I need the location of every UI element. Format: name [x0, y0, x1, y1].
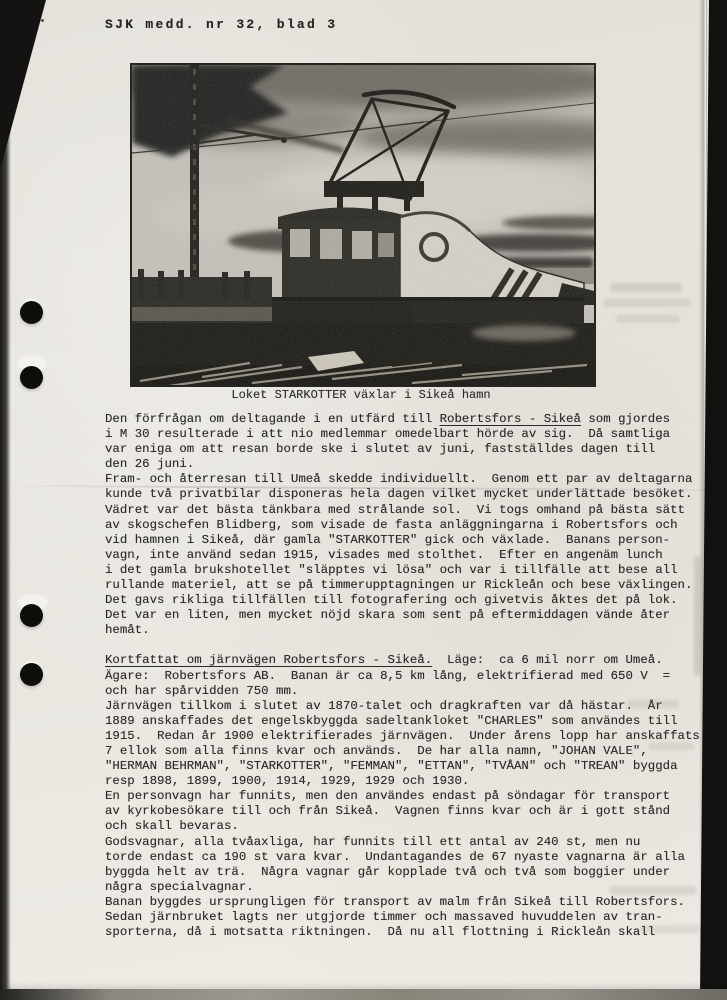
text-line: byggda helt av trä. Några vagnar går kop…: [105, 865, 711, 880]
text-segment: vagn, inte använd sedan 1915, visades me…: [105, 548, 663, 562]
text-line: Det gavs rikliga tillfällen till fotogra…: [105, 593, 711, 608]
underlined-text: Kortfattat om järnvägen Robertsfors - Si…: [105, 653, 432, 667]
punch-hole: [20, 301, 43, 324]
text-segment: byggda helt av trä. Några vagnar går kop…: [105, 865, 670, 879]
text-line: vid hamnen i Sikeå, där gamla "STARKOTTE…: [105, 533, 711, 548]
text-line: resp 1898, 1899, 1900, 1914, 1929, 1929 …: [105, 774, 711, 789]
text-segment: rullande materiel, att se på timmeruppta…: [105, 578, 692, 592]
text-segment: Banan byggdes ursprungligen för transpor…: [105, 895, 685, 909]
text-segment: Godsvagnar, alla tvåaxliga, har funnits …: [105, 835, 640, 849]
text-line: sporterna, då i motsatta riktningen. Då …: [105, 925, 711, 940]
text-segment: Det gavs rikliga tillfällen till fotogra…: [105, 593, 678, 607]
text-segment: sporterna, då i motsatta riktningen. Då …: [105, 925, 655, 939]
text-segment: som gjordes: [581, 412, 670, 426]
text-line: Ägare: Robertsfors AB. Banan är ca 8,5 k…: [105, 669, 711, 684]
bleed-through-mark: [627, 700, 679, 708]
bleed-through-mark: [648, 742, 694, 750]
text-segment: resp 1898, 1899, 1900, 1914, 1929, 1929 …: [105, 774, 469, 788]
text-line: vagn, inte använd sedan 1915, visades me…: [105, 548, 711, 563]
text-segment: i det gamla brukshotellet "släpptes vi l…: [105, 563, 678, 577]
text-line: var eniga om att resan borde ske i slute…: [105, 442, 711, 457]
bleed-through-mark: [640, 925, 700, 933]
text-line: Vädret var det bästa tänkbara med stråla…: [105, 503, 711, 518]
text-segment: i M 30 resulterade i att nio medlemmar o…: [105, 427, 670, 441]
text-line: 1889 anskaffades det engelskbyggda sadel…: [105, 714, 711, 729]
text-line: och har spårvidden 750 mm.: [105, 684, 711, 699]
text-segment: En personvagn har funnits, men den använ…: [105, 789, 670, 803]
body-text: Den förfrågan om deltagande i en utfärd …: [105, 412, 711, 940]
scanned-page: SJK medd. nr 32, blad 3: [0, 0, 727, 1000]
text-segment: torde endast ca 190 st vara kvar. Undant…: [105, 850, 685, 864]
text-segment: var eniga om att resan borde ske i slute…: [105, 442, 655, 456]
text-line: Godsvagnar, alla tvåaxliga, har funnits …: [105, 835, 711, 850]
text-segment: 1889 anskaffades det engelskbyggda sadel…: [105, 714, 678, 728]
photo-frame: [130, 63, 596, 387]
para-kortfattat: Kortfattat om järnvägen Robertsfors - Si…: [105, 653, 711, 940]
photo-caption: Loket STARKOTTER växlar i Sikeå hamn: [130, 388, 592, 402]
text-line: i det gamla brukshotellet "släpptes vi l…: [105, 563, 711, 578]
text-segment: några specialvagnar.: [105, 880, 254, 894]
speck: [41, 19, 44, 22]
text-segment: den 26 juni.: [105, 457, 194, 471]
paper-edge-shadow: [0, 982, 727, 989]
text-line: torde endast ca 190 st vara kvar. Undant…: [105, 850, 711, 865]
text-line: i M 30 resulterade i att nio medlemmar o…: [105, 427, 711, 442]
text-segment: Vädret var det bästa tänkbara med stråla…: [105, 503, 685, 517]
text-line: den 26 juni.: [105, 457, 711, 472]
text-segment: av skogschefen Blidberg, som visade de f…: [105, 518, 678, 532]
text-segment: Ägare: Robertsfors AB. Banan är ca 8,5 k…: [105, 669, 670, 683]
text-segment: och skall bevaras.: [105, 819, 239, 833]
text-segment: Det var en liten, men mycket nöjd skara …: [105, 608, 670, 622]
text-line: 7 ellok som alla finns kvar och används.…: [105, 744, 711, 759]
text-segment: hemåt.: [105, 623, 150, 637]
page-header: SJK medd. nr 32, blad 3: [105, 17, 337, 32]
text-segment: och har spårvidden 750 mm.: [105, 684, 298, 698]
punch-hole: [20, 604, 43, 627]
text-line: En personvagn har funnits, men den använ…: [105, 789, 711, 804]
text-line: Det var en liten, men mycket nöjd skara …: [105, 608, 711, 623]
punch-hole: [20, 366, 43, 389]
text-line: "HERMAN BEHRMAN", "STARKOTTER", "FEMMAN"…: [105, 759, 711, 774]
text-line: av skogschefen Blidberg, som visade de f…: [105, 518, 711, 533]
text-line: och skall bevaras.: [105, 819, 711, 834]
text-segment: Läge: ca 6 mil norr om Umeå.: [432, 653, 663, 667]
bleed-through-mark: [603, 299, 691, 307]
text-segment: 1915. Redan år 1900 elektrifierades järn…: [105, 729, 700, 743]
text-segment: Den förfrågan om deltagande i en utfärd …: [105, 412, 440, 426]
text-segment: Sedan järnbruket lagts ner utgjorde timm…: [105, 910, 663, 924]
text-segment: av kyrkobesökare till och från Sikeå. Va…: [105, 804, 670, 818]
bleed-through-mark: [610, 886, 696, 895]
bleed-through-mark: [616, 315, 680, 323]
text-segment: Järnvägen tillkom i slutet av 1870-talet…: [105, 699, 663, 713]
scan-edge-bottom: [0, 989, 727, 1000]
para-resan: Fram- och återresan till Umeå skedde ind…: [105, 472, 711, 638]
text-line: rullande materiel, att se på timmeruppta…: [105, 578, 711, 593]
underlined-text: Robertsfors - Sikeå: [440, 412, 581, 426]
text-line: 1915. Redan år 1900 elektrifierades järn…: [105, 729, 711, 744]
text-line: Banan byggdes ursprungligen för transpor…: [105, 895, 711, 910]
text-segment: "HERMAN BEHRMAN", "STARKOTTER", "FEMMAN"…: [105, 759, 678, 773]
text-line: Den förfrågan om deltagande i en utfärd …: [105, 412, 711, 427]
text-segment: 7 ellok som alla finns kvar och används.…: [105, 744, 648, 758]
text-line: Kortfattat om järnvägen Robertsfors - Si…: [105, 653, 711, 668]
para-utfard: Den förfrågan om deltagande i en utfärd …: [105, 412, 711, 472]
text-line: Järnvägen tillkom i slutet av 1870-talet…: [105, 699, 711, 714]
text-segment: Fram- och återresan till Umeå skedde ind…: [105, 472, 692, 486]
bleed-through-mark: [610, 283, 682, 292]
text-line: av kyrkobesökare till och från Sikeå. Va…: [105, 804, 711, 819]
text-line: hemåt.: [105, 623, 711, 638]
text-segment: vid hamnen i Sikeå, där gamla "STARKOTTE…: [105, 533, 670, 547]
locomotive-photo: [132, 65, 594, 385]
text-line: Sedan järnbruket lagts ner utgjorde timm…: [105, 910, 711, 925]
punch-hole: [20, 663, 43, 686]
